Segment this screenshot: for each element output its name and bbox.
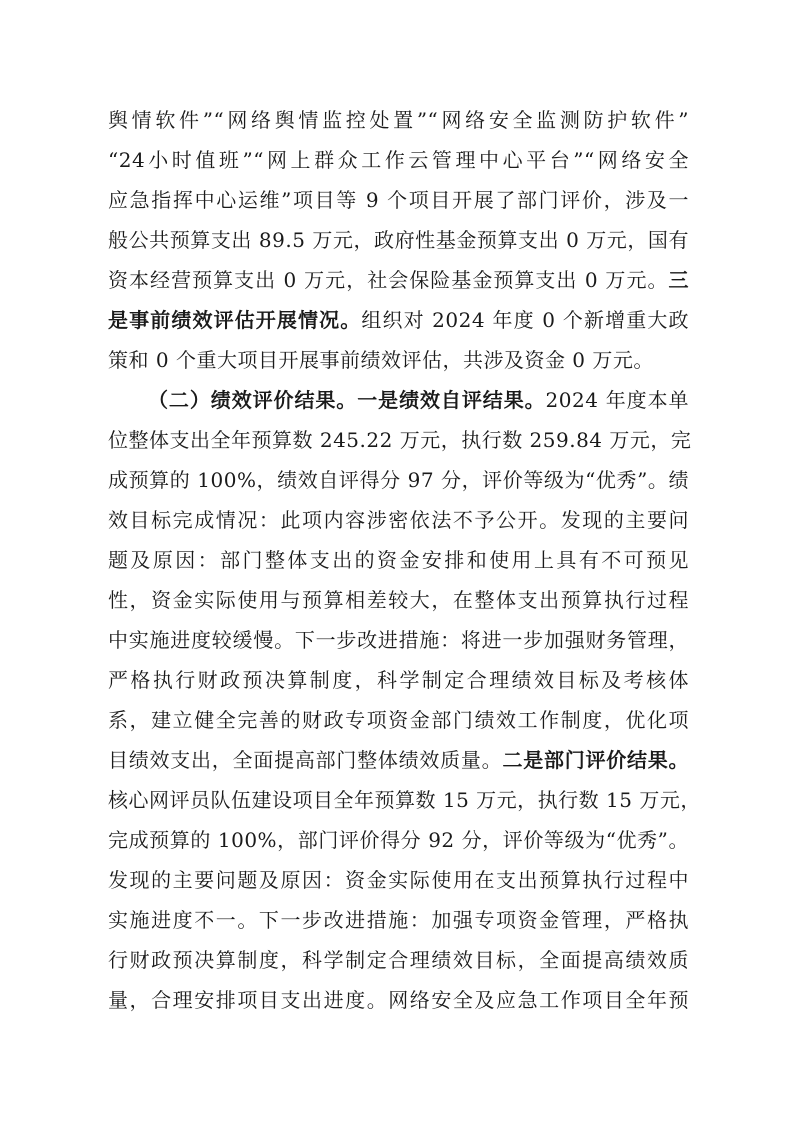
text-run: 目绩效支出，全面提高部门整体绩效质量。 (108, 748, 502, 772)
text-run: 行财政预决算制度，科学制定合理绩效目标，全面提高绩效质 (108, 948, 689, 972)
bold-heading-run: 二是部门评价结果。 (502, 748, 689, 772)
text-line-15: 严格执行财政预决算制度，科学制定合理绩效目标及考核体 (108, 660, 689, 700)
text-line-10: 成预算的 100%，绩效自评得分 97 分，评价等级为“优秀”。绩 (108, 460, 689, 500)
text-line-21: 实施进度不一。下一步改进措施：加强专项资金管理，严格执 (108, 900, 689, 940)
text-run: 实施进度不一。下一步改进措施：加强专项资金管理，严格执 (108, 908, 689, 932)
text-run: 般公共预算支出 89.5 万元，政府性基金预算支出 0 万元，国有 (108, 228, 689, 252)
bold-heading-run: 是事前绩效评估开展情况。 (108, 308, 361, 332)
text-line-22: 行财政预决算制度，科学制定合理绩效目标，全面提高绩效质 (108, 940, 689, 980)
text-run: 2024 年度本单 (546, 388, 689, 412)
section-heading: （二）绩效评价结果。一是绩效自评结果。 (148, 388, 546, 412)
text-line-17: 目绩效支出，全面提高部门整体绩效质量。二是部门评价结果。 (108, 740, 689, 780)
text-run: 位整体支出全年预算数 245.22 万元，执行数 259.84 万元，完 (108, 428, 691, 452)
text-run: 舆情软件”“网络舆情监控处置”“网络安全监测防护软件” (108, 108, 689, 132)
text-line-16: 系，建立健全完善的财政专项资金部门绩效工作制度，优化项 (108, 700, 689, 740)
text-line-13: 性，资金实际使用与预算相差较大，在整体支出预算执行过程 (108, 580, 689, 620)
bold-heading-run: 三 (669, 268, 690, 292)
text-run: 效目标完成情况：此项内容涉密依法不予公开。发现的主要问 (108, 508, 689, 532)
text-line-1: 舆情软件”“网络舆情监控处置”“网络安全监测防护软件” (108, 100, 689, 140)
text-line-7: 策和 0 个重大项目开展事前绩效评估，共涉及资金 0 万元。 (108, 340, 689, 380)
text-run: 资本经营预算支出 0 万元，社会保险基金预算支出 0 万元。 (108, 268, 669, 292)
text-run: 组织对 2024 年度 0 个新增重大政 (361, 308, 689, 332)
text-run: 成预算的 100%，绩效自评得分 97 分，评价等级为“优秀”。绩 (108, 468, 689, 492)
text-run: 量，合理安排项目支出进度。网络安全及应急工作项目全年预 (108, 988, 689, 1012)
text-run: 性，资金实际使用与预算相差较大，在整体支出预算执行过程 (108, 588, 689, 612)
text-run: 题及原因：部门整体支出的资金安排和使用上具有不可预见 (108, 548, 689, 572)
text-run: 应急指挥中心运维”项目等 9 个项目开展了部门评价，涉及一 (108, 188, 689, 212)
text-run: 严格执行财政预决算制度，科学制定合理绩效目标及考核体 (108, 668, 689, 692)
text-run: “24小时值班”“网上群众工作云管理中心平台”“网络安全 (108, 148, 689, 172)
text-line-20: 发现的主要问题及原因：资金实际使用在支出预算执行过程中 (108, 860, 689, 900)
text-line-3: 应急指挥中心运维”项目等 9 个项目开展了部门评价，涉及一 (108, 180, 689, 220)
text-run: 策和 0 个重大项目开展事前绩效评估，共涉及资金 0 万元。 (108, 348, 654, 372)
text-line-11: 效目标完成情况：此项内容涉密依法不予公开。发现的主要问 (108, 500, 689, 540)
text-line-12: 题及原因：部门整体支出的资金安排和使用上具有不可预见 (108, 540, 689, 580)
text-run: 发现的主要问题及原因：资金实际使用在支出预算执行过程中 (108, 868, 689, 892)
text-line-5: 资本经营预算支出 0 万元，社会保险基金预算支出 0 万元。三 (108, 260, 689, 300)
text-run: 系，建立健全完善的财政专项资金部门绩效工作制度，优化项 (108, 708, 689, 732)
text-line-18: 核心网评员队伍建设项目全年预算数 15 万元，执行数 15 万元， (108, 780, 689, 820)
text-run: 完成预算的 100%，部门评价得分 92 分，评价等级为“优秀”。 (108, 828, 689, 852)
text-line-19: 完成预算的 100%，部门评价得分 92 分，评价等级为“优秀”。 (108, 820, 689, 860)
section-heading-line: （二）绩效评价结果。一是绩效自评结果。2024 年度本单 (108, 380, 689, 420)
text-run: 核心网评员队伍建设项目全年预算数 15 万元，执行数 15 万元， (108, 788, 701, 812)
text-line-9: 位整体支出全年预算数 245.22 万元，执行数 259.84 万元，完 (108, 420, 689, 460)
document-page: 舆情软件”“网络舆情监控处置”“网络安全监测防护软件” “24小时值班”“网上群… (108, 100, 689, 1020)
text-line-14: 中实施进度较缓慢。下一步改进措施：将进一步加强财务管理， (108, 620, 689, 660)
text-line-6: 是事前绩效评估开展情况。组织对 2024 年度 0 个新增重大政 (108, 300, 689, 340)
text-line-2: “24小时值班”“网上群众工作云管理中心平台”“网络安全 (108, 140, 689, 180)
text-run: 中实施进度较缓慢。下一步改进措施：将进一步加强财务管理， (108, 628, 689, 652)
text-line-23: 量，合理安排项目支出进度。网络安全及应急工作项目全年预 (108, 980, 689, 1020)
text-line-4: 般公共预算支出 89.5 万元，政府性基金预算支出 0 万元，国有 (108, 220, 689, 260)
